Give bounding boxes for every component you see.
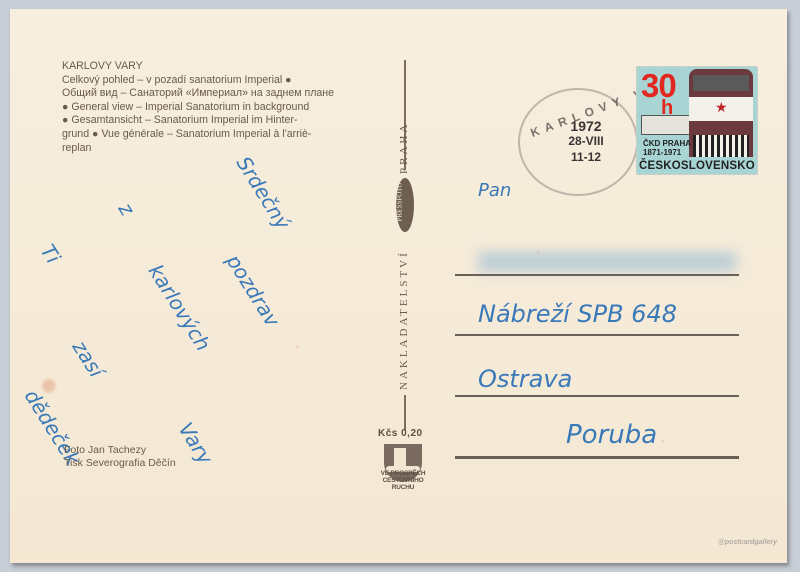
caption-line: Celkový pohled – v pozadí sanatorium Imp…	[62, 74, 334, 88]
publisher-name: NAKLADATELSTVÍ	[398, 250, 410, 390]
postmark-year: 1972	[556, 118, 616, 134]
address-line-2	[455, 334, 739, 336]
postmark-date: 28-VIII	[556, 134, 616, 148]
postmark-time: 11-12	[556, 150, 616, 164]
caption-line: replan	[62, 142, 334, 156]
address-street: Nábreží SPB 648	[478, 300, 677, 328]
caption-block: KARLOVY VARY Celkový pohled – v pozadí s…	[62, 60, 334, 155]
stamp-country: ČESKOSLOVENSKO	[639, 160, 755, 172]
caption-line: grund ● Vue générale – Sanatorium Imperi…	[62, 128, 334, 142]
emblem-text: VE PROSPĚCH CESTOVNÍHO RUCHU	[372, 470, 434, 491]
caption-line: ● Gesamtansicht – Sanatorium Imperial im…	[62, 114, 334, 128]
address-line-4	[455, 456, 739, 459]
divider-bottom	[404, 395, 406, 430]
photo-credit: Foto Jan Tachezy	[64, 444, 176, 457]
caption-line: Общий вид – Санаторий «Империал» на задн…	[62, 87, 334, 101]
locomotive-icon: ★	[689, 69, 753, 157]
address-city: Ostrava	[478, 365, 572, 393]
address-district: Poruba	[566, 420, 657, 450]
address-line-3	[455, 395, 739, 397]
red-star-icon: ★	[715, 99, 728, 116]
address-line-1	[455, 274, 739, 276]
caption-title: KARLOVY VARY	[62, 60, 334, 74]
address-salutation: Pan	[478, 180, 511, 201]
credits: Foto Jan Tachezy Tisk Severografia Děčín	[64, 444, 176, 469]
castle-tower-icon	[394, 448, 406, 466]
pressfoto-logo: PRESSFOTO	[396, 178, 414, 232]
postage-stamp: 30 h ★ ČKD PRAHA1871-1971 ČESKOSLOVENSKO	[636, 66, 758, 175]
print-credit: Tisk Severografia Děčín	[64, 457, 176, 470]
caption-line: ● General view – Imperial Sanatorium in …	[62, 101, 334, 115]
address-name-redacted	[478, 252, 736, 272]
publisher-city: PRAHA	[398, 122, 410, 174]
train-icon	[641, 115, 691, 135]
travel-emblem: Kčs 0,20 VE PROSPĚCH CESTOVNÍHO RUCHU	[372, 430, 434, 492]
pressfoto-logo-text: PRESSFOTO	[395, 183, 403, 222]
emblem-price: Kčs 0,20	[378, 428, 423, 439]
watermark: @postcardgallery	[718, 539, 777, 546]
postmark: KARLOVY VARY 1972 28-VIII 11-12	[518, 88, 638, 196]
stamp-subject: ČKD PRAHA1871-1971	[643, 139, 691, 157]
